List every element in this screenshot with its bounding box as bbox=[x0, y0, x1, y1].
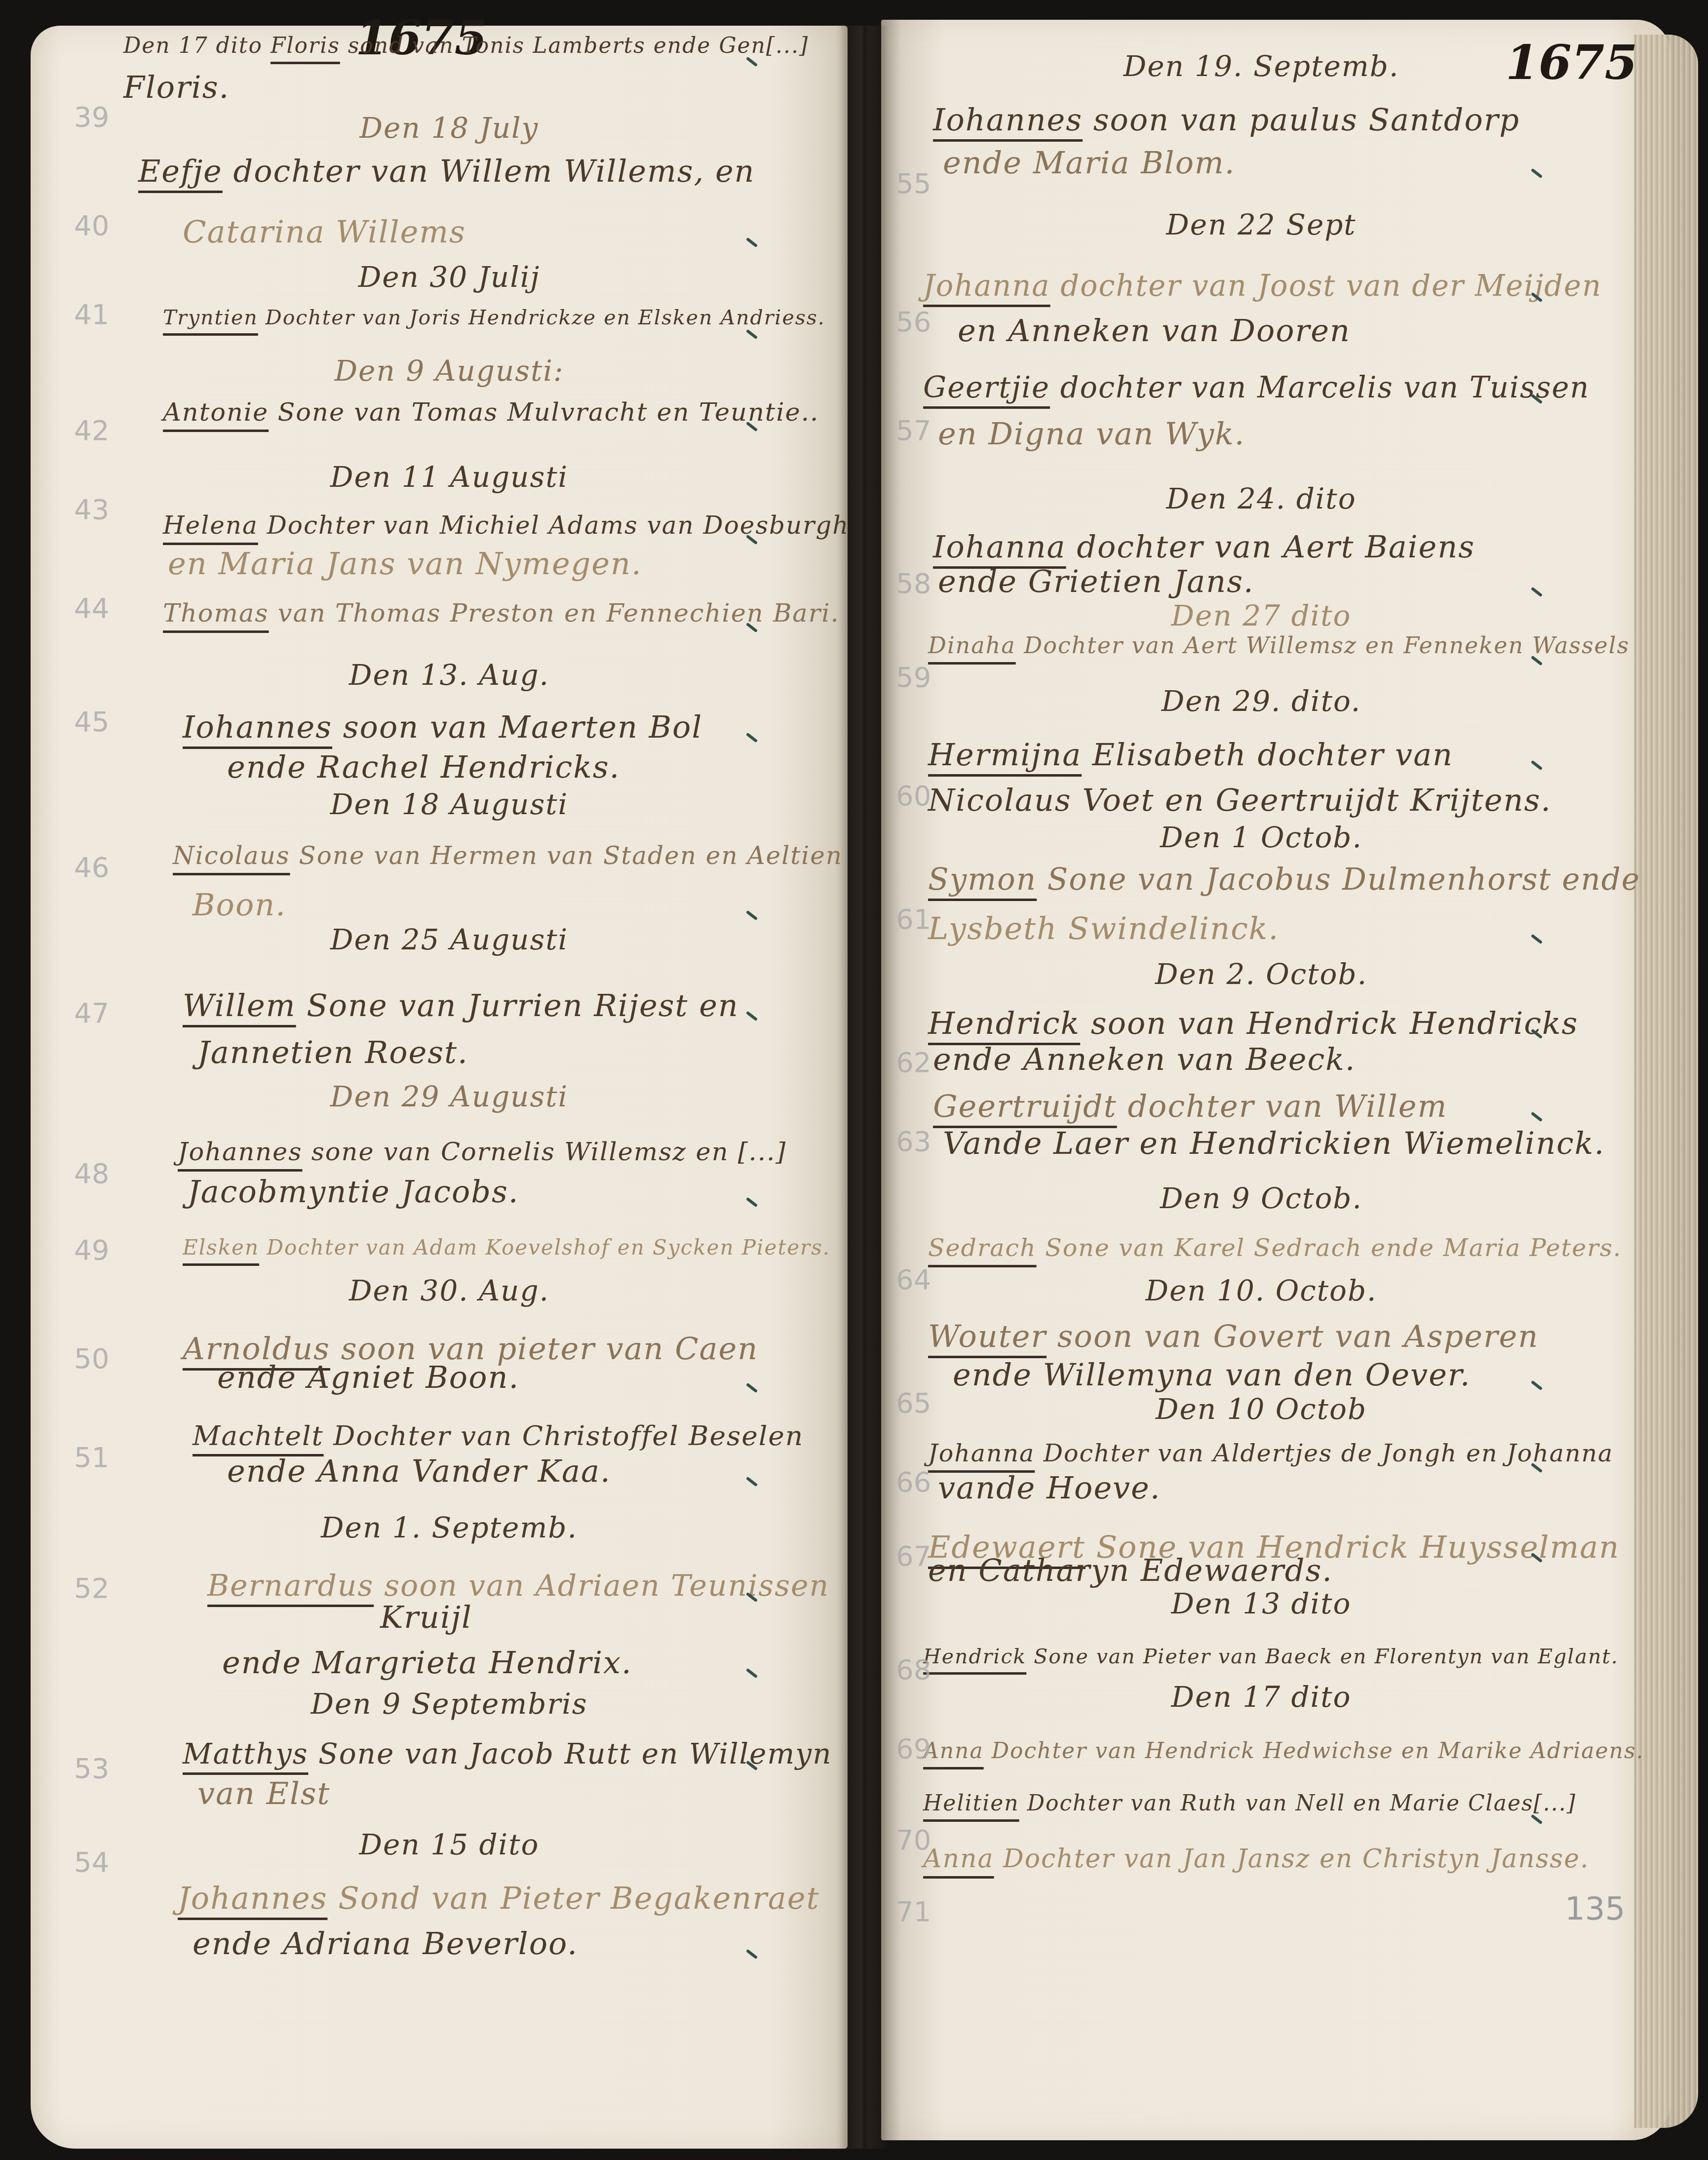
child-name: Anna bbox=[923, 1844, 994, 1874]
child-name: Symon bbox=[928, 862, 1037, 897]
date-heading: Den 18 July bbox=[64, 111, 834, 145]
child-name: Thomas bbox=[163, 599, 269, 628]
baptism-entry: Iohanna dochter van Aert Baiens bbox=[933, 529, 1475, 565]
child-name: Johanna bbox=[923, 269, 1050, 303]
baptism-entry: Matthys Sone van Jacob Rutt en Willemyn bbox=[183, 1737, 832, 1770]
date-heading: Den 29 Augusti bbox=[64, 1080, 834, 1113]
date-heading: Den 22 Sept bbox=[903, 208, 1619, 241]
baptism-entry: Johanna dochter van Joost van der Meijde… bbox=[923, 269, 1602, 303]
baptism-entry: Hermijna Elisabeth dochter van bbox=[928, 737, 1453, 773]
date-heading: Den 1. Septemb. bbox=[64, 1511, 834, 1544]
baptism-entry: Geertruijdt dochter van Willem bbox=[933, 1088, 1447, 1124]
baptism-entry: Machtelt Dochter van Christoffel Beselen bbox=[193, 1420, 804, 1452]
child-name: Machtelt bbox=[193, 1420, 324, 1452]
child-name: Nicolaus bbox=[173, 841, 290, 870]
baptism-entry: Helitien Dochter van Ruth van Nell en Ma… bbox=[923, 1791, 1576, 1816]
baptism-entry-continuation: ende Adriana Beverloo. bbox=[193, 1925, 578, 1962]
register-number: 52 bbox=[74, 1572, 109, 1605]
child-name: Iohannes bbox=[183, 709, 332, 745]
date-heading: Den 19. Septemb. bbox=[903, 49, 1619, 83]
child-name: Iohanna bbox=[933, 529, 1066, 565]
child-name: Floris bbox=[271, 33, 340, 58]
child-name: Sedrach bbox=[928, 1234, 1037, 1262]
baptism-entry: Willem Sone van Jurrien Rijest en bbox=[183, 987, 739, 1023]
baptism-entry-continuation: en Anneken van Dooren bbox=[958, 313, 1351, 349]
register-number: 59 bbox=[896, 662, 931, 694]
date-heading: Den 1 Octob. bbox=[903, 821, 1619, 854]
register-number: 53 bbox=[74, 1753, 109, 1785]
date-heading: Den 13 dito bbox=[903, 1587, 1619, 1620]
baptism-entry-continuation: en Maria Jans van Nymegen. bbox=[168, 546, 642, 582]
book-gutter bbox=[839, 26, 889, 2149]
date-heading: Den 13. Aug. bbox=[64, 658, 834, 692]
child-name: Bernardus bbox=[207, 1569, 374, 1603]
child-name: Geertruijdt bbox=[933, 1088, 1117, 1124]
baptism-entry: Dinaha Dochter van Aert Willemsz en Fenn… bbox=[928, 632, 1630, 659]
register-number: 54 bbox=[74, 1846, 109, 1879]
baptism-entry: Johannes Sond van Pieter Begakenraet bbox=[178, 1880, 819, 1916]
baptism-entry-continuation: Jacobmyntie Jacobs. bbox=[188, 1174, 519, 1210]
child-name: Geertjie bbox=[923, 370, 1050, 404]
date-heading: Den 25 Augusti bbox=[64, 923, 834, 956]
register-number: 43 bbox=[74, 494, 109, 526]
register-number: 57 bbox=[896, 415, 931, 447]
date-heading: Den 10 Octob bbox=[903, 1392, 1619, 1426]
baptism-entry: Iohannes soon van paulus Santdorp bbox=[933, 102, 1520, 138]
baptism-entry: Symon Sone van Jacobus Dulmenhorst ende bbox=[928, 862, 1640, 897]
child-name: Hermijna bbox=[928, 737, 1082, 773]
folio-number: 135 bbox=[1565, 1891, 1625, 1927]
baptism-entry: Eefje dochter van Willem Willems, en bbox=[138, 153, 755, 189]
baptism-entry-continuation: Floris. bbox=[123, 69, 230, 105]
register-number: 41 bbox=[74, 299, 109, 331]
register-number: 47 bbox=[74, 997, 109, 1029]
child-name: Hendrick bbox=[928, 1005, 1080, 1041]
baptism-entry: Wouter soon van Govert van Asperen bbox=[928, 1318, 1539, 1354]
baptism-entry: Hendrick soon van Hendrick Hendricks bbox=[928, 1005, 1578, 1041]
page-stack-fore-edge bbox=[1634, 35, 1698, 2128]
register-number: 70 bbox=[896, 1824, 931, 1856]
register-number: 48 bbox=[74, 1158, 109, 1190]
register-number: 62 bbox=[896, 1047, 931, 1079]
baptism-entry-continuation: Boon. bbox=[193, 887, 286, 923]
register-number: 58 bbox=[896, 568, 931, 600]
baptism-entry-continuation: ende Willemyna van den Oever. bbox=[953, 1357, 1471, 1393]
date-heading: Den 9 Septembris bbox=[64, 1687, 834, 1721]
date-heading: Den 9 Octob. bbox=[903, 1181, 1619, 1215]
child-name: Antonie bbox=[163, 398, 269, 427]
baptism-entry-continuation: ende Anna Vander Kaa. bbox=[227, 1453, 611, 1489]
date-heading: Den 17 dito bbox=[903, 1680, 1619, 1714]
register-number: 55 bbox=[896, 168, 931, 200]
child-name: Helena bbox=[163, 511, 258, 540]
baptism-entry: Thomas van Thomas Preston en Fennechien … bbox=[163, 599, 840, 628]
register-number: 56 bbox=[896, 306, 931, 338]
register-number: 51 bbox=[74, 1442, 109, 1474]
date-heading: Den 27 dito bbox=[903, 599, 1619, 632]
register-number: 40 bbox=[74, 210, 109, 242]
date-heading: Den 30. Aug. bbox=[64, 1274, 834, 1307]
baptism-entry-continuation: Lysbeth Swindelinck. bbox=[928, 910, 1279, 946]
register-number: 44 bbox=[74, 592, 109, 625]
baptism-entry: Antonie Sone van Tomas Mulvracht en Teun… bbox=[163, 398, 819, 427]
date-heading: Den 18 Augusti bbox=[64, 787, 834, 821]
register-number: 39 bbox=[74, 101, 109, 133]
register-number: 65 bbox=[896, 1387, 931, 1419]
register-number: 66 bbox=[896, 1466, 931, 1498]
child-name: Helitien bbox=[923, 1791, 1019, 1816]
baptism-entry: Hendrick Sone van Pieter van Baeck en Fl… bbox=[923, 1645, 1619, 1668]
baptism-entry: Iohannes soon van Maerten Bol bbox=[183, 709, 702, 745]
child-name: Dinaha bbox=[928, 632, 1016, 659]
date-heading: Den 9 Augusti: bbox=[64, 354, 834, 388]
child-name: Johannes bbox=[178, 1138, 302, 1167]
baptism-entry-continuation: ende Anneken van Beeck. bbox=[933, 1041, 1356, 1077]
register-number: 45 bbox=[74, 706, 109, 738]
baptism-entry: Den 17 dito Floris sond van Tonis Lamber… bbox=[123, 33, 809, 58]
baptism-entry: Anna Dochter van Jan Jansz en Christyn J… bbox=[923, 1844, 1590, 1874]
register-number: 68 bbox=[896, 1654, 931, 1686]
child-name: Matthys bbox=[183, 1737, 308, 1770]
baptism-entry-continuation: vande Hoeve. bbox=[938, 1470, 1161, 1506]
child-name: Johanna bbox=[928, 1439, 1035, 1467]
child-name: Wouter bbox=[928, 1318, 1047, 1354]
baptism-entry-continuation: en Digna van Wyk. bbox=[938, 416, 1245, 452]
child-name: Eefje bbox=[138, 153, 223, 189]
date-heading: Den 30 Julij bbox=[64, 260, 834, 294]
baptism-entry-continuation: Kruijl bbox=[380, 1599, 472, 1635]
baptism-entry-continuation: en Catharyn Edewaerds. bbox=[928, 1552, 1333, 1588]
register-number: 50 bbox=[74, 1343, 109, 1375]
register-number: 46 bbox=[74, 852, 109, 884]
register-number: 49 bbox=[74, 1234, 109, 1266]
baptism-entry: Johanna Dochter van Aldertjes de Jongh e… bbox=[928, 1439, 1613, 1467]
date-heading: Den 10. Octob. bbox=[903, 1274, 1619, 1307]
baptism-entry: Bernardus soon van Adriaen Teunissen bbox=[207, 1569, 829, 1603]
date-heading: Den 11 Augusti bbox=[64, 460, 834, 494]
date-heading: Den 24. dito bbox=[903, 482, 1619, 515]
child-name: Johannes bbox=[178, 1880, 327, 1916]
register-number: 63 bbox=[896, 1126, 931, 1158]
child-name: Iohannes bbox=[933, 102, 1083, 138]
register-number: 42 bbox=[74, 415, 109, 447]
baptism-entry-continuation: Vande Laer en Hendrickien Wiemelinck. bbox=[943, 1125, 1605, 1161]
baptism-entry: Nicolaus Sone van Hermen van Staden en A… bbox=[173, 841, 843, 870]
baptism-entry-continuation: Nicolaus Voet en Geertruijdt Krijtens. bbox=[928, 782, 1552, 818]
child-name: Willem bbox=[183, 987, 296, 1023]
baptism-entry: Sedrach Sone van Karel Sedrach ende Mari… bbox=[928, 1234, 1622, 1262]
date-heading: Den 2. Octob. bbox=[903, 957, 1619, 991]
child-name: Elsken bbox=[183, 1235, 259, 1259]
baptism-entry-continuation: ende Maria Blom. bbox=[943, 145, 1236, 181]
child-name: Tryntien bbox=[163, 306, 258, 329]
baptism-entry: Tryntien Dochter van Joris Hendrickze en… bbox=[163, 306, 825, 329]
child-name: Anna bbox=[923, 1738, 984, 1764]
baptism-entry-continuation: van Elst bbox=[197, 1775, 330, 1811]
baptism-entry: Geertjie dochter van Marcelis van Tuisse… bbox=[923, 370, 1590, 404]
register-number: 67 bbox=[896, 1540, 931, 1572]
baptism-entry-continuation: Catarina Willems bbox=[183, 214, 466, 250]
baptism-entry: Anna Dochter van Hendrick Hedwichse en M… bbox=[923, 1738, 1644, 1764]
baptism-entry: Elsken Dochter van Adam Koevelshof en Sy… bbox=[183, 1235, 830, 1259]
baptism-entry-continuation: ende Agniet Boon. bbox=[217, 1359, 519, 1395]
baptism-entry: Johannes sone van Cornelis Willemsz en [… bbox=[178, 1138, 786, 1167]
baptism-entry-continuation: ende Margrieta Hendrix. bbox=[222, 1645, 632, 1681]
baptism-entry-continuation: ende Rachel Hendricks. bbox=[227, 749, 620, 785]
register-number: 61 bbox=[896, 903, 931, 936]
date-heading: Den 15 dito bbox=[64, 1828, 834, 1861]
register-number: 64 bbox=[896, 1264, 931, 1296]
child-name: Hendrick bbox=[923, 1645, 1026, 1668]
register-number: 69 bbox=[896, 1733, 931, 1765]
baptism-entry-continuation: ende Grietien Jans. bbox=[938, 563, 1254, 599]
date-heading: Den 29. dito. bbox=[903, 684, 1619, 718]
register-number: 71 bbox=[896, 1896, 931, 1928]
baptism-entry-continuation: Jannetien Roest. bbox=[197, 1034, 468, 1070]
register-number: 60 bbox=[896, 780, 931, 812]
